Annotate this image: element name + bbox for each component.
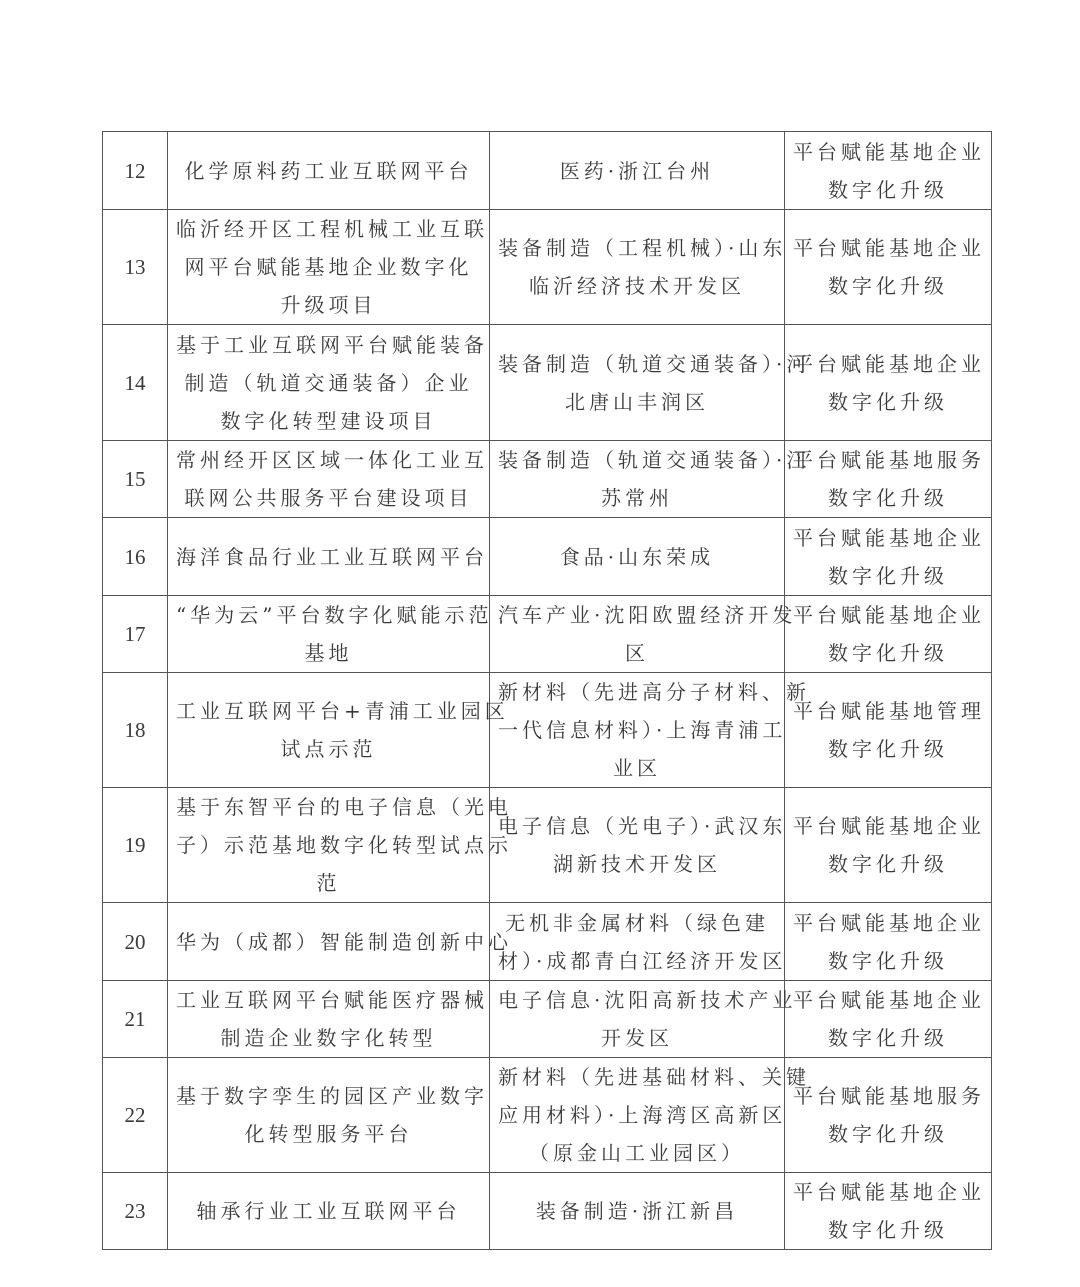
- industry-region-line: 装备制造·浙江新昌: [498, 1192, 776, 1230]
- project-name-line: 海洋食品行业工业互联网平台: [176, 538, 481, 576]
- industry-region-line: 新材料（先进基础材料、关键: [498, 1058, 776, 1096]
- category-cell: 平台赋能基地服务数字化升级: [785, 1058, 992, 1173]
- category-line: 数字化升级: [793, 479, 983, 517]
- category-line: 数字化升级: [793, 383, 983, 421]
- table-row: 13临沂经开区工程机械工业互联网平台赋能基地企业数字化升级项目装备制造（工程机械…: [103, 210, 992, 325]
- industry-region-line: 材）·成都青白江经济开发区: [498, 942, 776, 980]
- table-row: 20华为（成都）智能制造创新中心无机非金属材料（绿色建材）·成都青白江经济开发区…: [103, 903, 992, 981]
- category-line: 数字化升级: [793, 942, 983, 980]
- category-cell: 平台赋能基地企业数字化升级: [785, 903, 992, 981]
- project-name-line: 升级项目: [176, 286, 481, 324]
- industry-region-cell: 新材料（先进基础材料、关键应用材料）·上海湾区高新区（原金山工业园区）: [490, 1058, 785, 1173]
- project-name-line: 轴承行业工业互联网平台: [176, 1192, 481, 1230]
- project-name-cell: 华为（成都）智能制造创新中心: [168, 903, 490, 981]
- industry-region-line: 临沂经济技术开发区: [498, 267, 776, 305]
- industry-region-line: 苏常州: [498, 479, 776, 517]
- industry-region-line: （原金山工业园区）: [498, 1134, 776, 1172]
- industry-region-cell: 医药·浙江台州: [490, 132, 785, 210]
- category-line: 数字化升级: [793, 171, 983, 209]
- table-row: 23轴承行业工业互联网平台装备制造·浙江新昌平台赋能基地企业数字化升级: [103, 1173, 992, 1250]
- category-cell: 平台赋能基地企业数字化升级: [785, 210, 992, 325]
- category-line: 平台赋能基地服务: [793, 1077, 983, 1115]
- project-name-line: 制造（轨道交通装备）企业: [176, 364, 481, 402]
- industry-region-line: 装备制造（轨道交通装备）·江: [498, 441, 776, 479]
- project-name-line: 试点示范: [176, 730, 481, 768]
- row-number: 18: [103, 673, 168, 788]
- project-name-line: 化转型服务平台: [176, 1115, 481, 1153]
- industry-region-line: 湖新技术开发区: [498, 845, 776, 883]
- category-line: 平台赋能基地服务: [793, 441, 983, 479]
- industry-region-cell: 汽车产业·沈阳欧盟经济开发区: [490, 596, 785, 673]
- category-line: 数字化升级: [793, 634, 983, 672]
- category-cell: 平台赋能基地企业数字化升级: [785, 788, 992, 903]
- table-row: 19基于东智平台的电子信息（光电子）示范基地数字化转型试点示范电子信息（光电子）…: [103, 788, 992, 903]
- industry-region-line: 医药·浙江台州: [498, 152, 776, 190]
- category-line: 数字化升级: [793, 1115, 983, 1153]
- table-row: 14基于工业互联网平台赋能装备制造（轨道交通装备）企业数字化转型建设项目装备制造…: [103, 325, 992, 441]
- project-name-line: 华为（成都）智能制造创新中心: [176, 923, 481, 961]
- industry-region-cell: 电子信息（光电子）·武汉东湖新技术开发区: [490, 788, 785, 903]
- category-line: 平台赋能基地企业: [793, 904, 983, 942]
- industry-region-line: 一代信息材料）·上海青浦工: [498, 711, 776, 749]
- category-line: 数字化升级: [793, 1019, 983, 1057]
- industry-region-cell: 无机非金属材料（绿色建材）·成都青白江经济开发区: [490, 903, 785, 981]
- industry-region-line: 区: [498, 634, 776, 672]
- category-line: 平台赋能基地企业: [793, 519, 983, 557]
- row-number: 23: [103, 1173, 168, 1250]
- category-line: 数字化升级: [793, 557, 983, 595]
- project-name-line: 数字化转型建设项目: [176, 402, 481, 440]
- category-cell: 平台赋能基地企业数字化升级: [785, 132, 992, 210]
- row-number: 17: [103, 596, 168, 673]
- row-number: 20: [103, 903, 168, 981]
- industry-region-line: 无机非金属材料（绿色建: [498, 904, 776, 942]
- category-line: 平台赋能基地企业: [793, 1173, 983, 1211]
- project-name-line: 子）示范基地数字化转型试点示: [176, 826, 481, 864]
- project-name-cell: 常州经开区区域一体化工业互联网公共服务平台建设项目: [168, 441, 490, 518]
- industry-region-cell: 装备制造（轨道交通装备）·江苏常州: [490, 441, 785, 518]
- industry-region-cell: 食品·山东荣成: [490, 518, 785, 596]
- table-row: 16海洋食品行业工业互联网平台食品·山东荣成平台赋能基地企业数字化升级: [103, 518, 992, 596]
- project-name-line: 基地: [176, 634, 481, 672]
- category-line: 平台赋能基地企业: [793, 981, 983, 1019]
- project-list-table: 12化学原料药工业互联网平台医药·浙江台州平台赋能基地企业数字化升级13临沂经开…: [102, 131, 992, 1250]
- project-name-line: 联网公共服务平台建设项目: [176, 479, 481, 517]
- project-name-line: 基于工业互联网平台赋能装备: [176, 326, 481, 364]
- project-name-cell: 临沂经开区工程机械工业互联网平台赋能基地企业数字化升级项目: [168, 210, 490, 325]
- project-name-line: 临沂经开区工程机械工业互联: [176, 210, 481, 248]
- project-name-cell: 海洋食品行业工业互联网平台: [168, 518, 490, 596]
- category-cell: 平台赋能基地企业数字化升级: [785, 518, 992, 596]
- industry-region-line: 食品·山东荣成: [498, 538, 776, 576]
- category-line: 平台赋能基地企业: [793, 229, 983, 267]
- table-body: 12化学原料药工业互联网平台医药·浙江台州平台赋能基地企业数字化升级13临沂经开…: [103, 132, 992, 1250]
- category-cell: 平台赋能基地企业数字化升级: [785, 981, 992, 1058]
- table-row: 21工业互联网平台赋能医疗器械制造企业数字化转型电子信息·沈阳高新技术产业开发区…: [103, 981, 992, 1058]
- table-row: 22基于数字孪生的园区产业数字化转型服务平台新材料（先进基础材料、关键应用材料）…: [103, 1058, 992, 1173]
- industry-region-cell: 装备制造（工程机械）·山东临沂经济技术开发区: [490, 210, 785, 325]
- industry-region-line: 应用材料）·上海湾区高新区: [498, 1096, 776, 1134]
- project-name-line: 基于数字孪生的园区产业数字: [176, 1077, 481, 1115]
- project-name-line: 范: [176, 864, 481, 902]
- project-name-line: 常州经开区区域一体化工业互: [176, 441, 481, 479]
- project-name-cell: “华为云”平台数字化赋能示范基地: [168, 596, 490, 673]
- industry-region-line: 北唐山丰润区: [498, 383, 776, 421]
- project-name-cell: 基于数字孪生的园区产业数字化转型服务平台: [168, 1058, 490, 1173]
- table-row: 15常州经开区区域一体化工业互联网公共服务平台建设项目装备制造（轨道交通装备）·…: [103, 441, 992, 518]
- row-number: 22: [103, 1058, 168, 1173]
- category-line: 平台赋能基地企业: [793, 807, 983, 845]
- category-cell: 平台赋能基地服务数字化升级: [785, 441, 992, 518]
- row-number: 21: [103, 981, 168, 1058]
- project-name-line: 制造企业数字化转型: [176, 1019, 481, 1057]
- category-line: 数字化升级: [793, 1211, 983, 1249]
- category-line: 平台赋能基地管理: [793, 692, 983, 730]
- project-name-line: 网平台赋能基地企业数字化: [176, 248, 481, 286]
- project-name-cell: 轴承行业工业互联网平台: [168, 1173, 490, 1250]
- industry-region-line: 新材料（先进高分子材料、新: [498, 673, 776, 711]
- industry-region-line: 装备制造（轨道交通装备）·河: [498, 345, 776, 383]
- row-number: 19: [103, 788, 168, 903]
- row-number: 14: [103, 325, 168, 441]
- category-line: 平台赋能基地企业: [793, 133, 983, 171]
- industry-region-line: 业区: [498, 749, 776, 787]
- project-name-line: 工业互联网平台+青浦工业园区: [176, 692, 481, 730]
- industry-region-line: 电子信息（光电子）·武汉东: [498, 807, 776, 845]
- project-name-cell: 基于工业互联网平台赋能装备制造（轨道交通装备）企业数字化转型建设项目: [168, 325, 490, 441]
- industry-region-cell: 电子信息·沈阳高新技术产业开发区: [490, 981, 785, 1058]
- category-line: 平台赋能基地企业: [793, 345, 983, 383]
- category-cell: 平台赋能基地企业数字化升级: [785, 596, 992, 673]
- row-number: 12: [103, 132, 168, 210]
- project-name-line: 基于东智平台的电子信息（光电: [176, 788, 481, 826]
- category-line: 数字化升级: [793, 845, 983, 883]
- project-name-cell: 工业互联网平台赋能医疗器械制造企业数字化转型: [168, 981, 490, 1058]
- project-name-cell: 化学原料药工业互联网平台: [168, 132, 490, 210]
- category-line: 数字化升级: [793, 267, 983, 305]
- category-cell: 平台赋能基地企业数字化升级: [785, 1173, 992, 1250]
- industry-region-line: 开发区: [498, 1019, 776, 1057]
- project-name-line: 工业互联网平台赋能医疗器械: [176, 981, 481, 1019]
- industry-region-line: 汽车产业·沈阳欧盟经济开发: [498, 596, 776, 634]
- industry-region-cell: 装备制造（轨道交通装备）·河北唐山丰润区: [490, 325, 785, 441]
- row-number: 13: [103, 210, 168, 325]
- row-number: 16: [103, 518, 168, 596]
- industry-region-line: 电子信息·沈阳高新技术产业: [498, 981, 776, 1019]
- industry-region-cell: 装备制造·浙江新昌: [490, 1173, 785, 1250]
- project-name-cell: 基于东智平台的电子信息（光电子）示范基地数字化转型试点示范: [168, 788, 490, 903]
- category-cell: 平台赋能基地管理数字化升级: [785, 673, 992, 788]
- table-row: 17“华为云”平台数字化赋能示范基地汽车产业·沈阳欧盟经济开发区平台赋能基地企业…: [103, 596, 992, 673]
- project-name-line: “华为云”平台数字化赋能示范: [176, 596, 481, 634]
- category-cell: 平台赋能基地企业数字化升级: [785, 325, 992, 441]
- category-line: 数字化升级: [793, 730, 983, 768]
- project-name-line: 化学原料药工业互联网平台: [176, 152, 481, 190]
- project-name-cell: 工业互联网平台+青浦工业园区试点示范: [168, 673, 490, 788]
- industry-region-line: 装备制造（工程机械）·山东: [498, 229, 776, 267]
- row-number: 15: [103, 441, 168, 518]
- table-row: 18工业互联网平台+青浦工业园区试点示范新材料（先进高分子材料、新一代信息材料）…: [103, 673, 992, 788]
- industry-region-cell: 新材料（先进高分子材料、新一代信息材料）·上海青浦工业区: [490, 673, 785, 788]
- category-line: 平台赋能基地企业: [793, 596, 983, 634]
- table-row: 12化学原料药工业互联网平台医药·浙江台州平台赋能基地企业数字化升级: [103, 132, 992, 210]
